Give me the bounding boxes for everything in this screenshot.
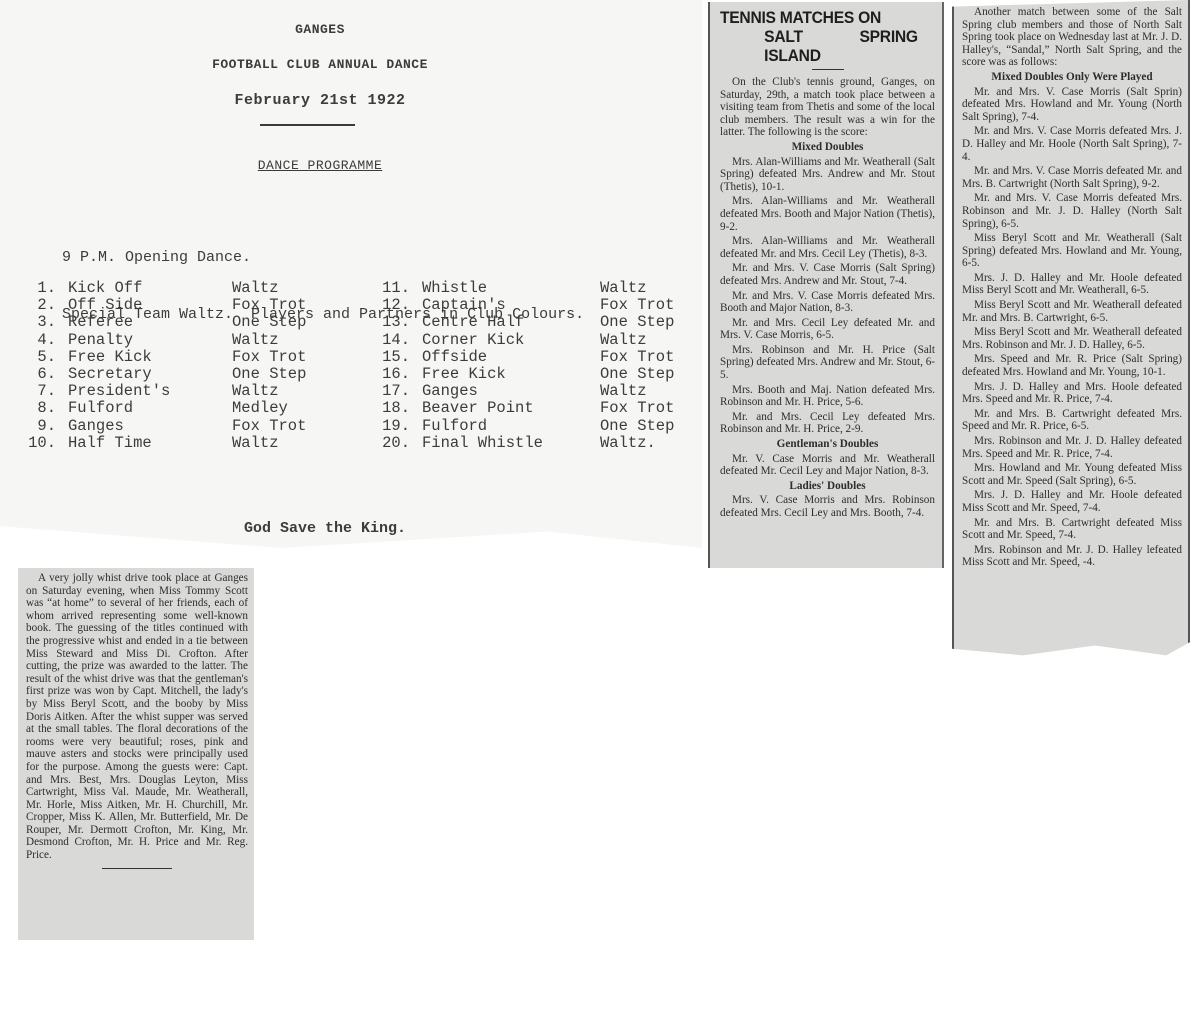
dance-number: 9. [16,418,56,435]
dance-type: One Step [232,314,370,331]
club-name: GANGES [0,22,640,37]
dance-type: Fox Trot [232,349,370,366]
match-result: Mrs. Alan-Williams and Mr. Weatherall (S… [720,156,935,194]
dance-name: Ganges [56,418,232,435]
closing-line: God Save the King. [0,520,650,537]
dance-type: One Step [600,418,710,435]
dance-name: Off Side [56,297,232,314]
dance-name: Final Whistle [410,435,600,452]
dance-row: 1.Kick OffWaltz11.WhistleWaltz [16,280,710,297]
dance-name: Penalty [56,332,232,349]
dance-programme-sheet: GANGES FOOTBALL CLUB ANNUAL DANCE Februa… [0,0,702,548]
section-heading: Gentleman's Doubles [720,438,935,451]
match-result: Mr. and Mrs. Cecil Ley defeated Mrs. Rob… [720,411,935,436]
match-result: Mr. and Mrs. V. Case Morris defeated Mrs… [962,192,1182,230]
divider [102,868,172,869]
dance-list: 1.Kick OffWaltz11.WhistleWaltz2.Off Side… [16,280,710,452]
divider [260,124,355,126]
article-intro: On the Club's tennis ground, Ganges, on … [720,76,935,139]
dance-row: 9.GangesFox Trot19.FulfordOne Step [16,418,710,435]
dance-row: 5.Free KickFox Trot15.OffsideFox Trot [16,349,710,366]
dance-number: 13. [370,314,410,331]
dance-name: Centre Half [410,314,600,331]
dance-type: Fox Trot [600,349,710,366]
dance-number: 19. [370,418,410,435]
match-result: Mrs. Howland and Mr. Young defeated Miss… [962,462,1182,487]
tennis-clipping: TENNIS MATCHES ON SALT SPRING ISLAND On … [708,2,944,568]
north-salt-spring-clipping: Another match between some of the Salt S… [952,0,1190,662]
dance-name: Kick Off [56,280,232,297]
match-result: Mrs. Booth and Maj. Nation defeated Mrs.… [720,384,935,409]
dance-row: 2.Off SideFox Trot12.Captain'sFox Trot [16,297,710,314]
dance-number: 11. [370,280,410,297]
match-result: Mrs. Robinson and Mr. J. D. Halley lefea… [962,544,1182,569]
dance-number: 7. [16,383,56,400]
match-result: Mr. and Mrs. B. Cartwright defeated Miss… [962,517,1182,542]
article-body: A very jolly whist drive took place at G… [26,572,248,862]
dance-number: 12. [370,297,410,314]
dance-number: 5. [16,349,56,366]
dance-type: Fox Trot [600,297,710,314]
section-title: DANCE PROGRAMME [0,158,640,173]
dance-name: Offside [410,349,600,366]
dance-type: Fox Trot [600,400,710,417]
dance-name: Referee [56,314,232,331]
dance-type: Waltz [600,280,710,297]
dance-number: 8. [16,400,56,417]
section-heading: Ladies' Doubles [720,480,935,493]
dance-row: 10.Half TimeWaltz20.Final WhistleWaltz. [16,435,710,452]
match-result: Mr. and Mrs. V. Case Morris defeated Mrs… [962,125,1182,163]
dance-name: Captain's [410,297,600,314]
dance-number: 10. [16,435,56,452]
dance-name: Secretary [56,366,232,383]
match-result: Mrs. Speed and Mr. R. Price (Salt Spring… [962,353,1182,378]
dance-name: Free Kick [410,366,600,383]
match-result: Mrs. J. D. Halley and Mr. Hoole defeated… [962,272,1182,297]
match-result: Mrs. J. D. Halley and Mrs. Hoole defeate… [962,381,1182,406]
dance-name: Whistle [410,280,600,297]
dance-type: Waltz. [600,435,710,452]
match-result: Mrs. Alan-Williams and Mr. Weatherall de… [720,235,935,260]
dance-type: One Step [232,366,370,383]
dance-number: 17. [370,383,410,400]
dance-row: 8.FulfordMedley18.Beaver PointFox Trot [16,400,710,417]
dance-number: 20. [370,435,410,452]
match-result: Mrs. Robinson and Mr. H. Price (Salt Spr… [720,344,935,382]
results-list: Mr. and Mrs. V. Case Morris (Salt Sprin)… [962,86,1182,569]
dance-type: Fox Trot [232,297,370,314]
dance-number: 3. [16,314,56,331]
dance-name: Half Time [56,435,232,452]
article-intro: Another match between some of the Salt S… [962,6,1182,69]
dance-type: One Step [600,314,710,331]
section-heading: Mixed Doubles [720,141,935,154]
dance-name: Beaver Point [410,400,600,417]
match-result: Mrs. J. D. Halley and Mr. Hoole defeated… [962,489,1182,514]
dance-row: 3.RefereeOne Step13.Centre HalfOne Step [16,314,710,331]
match-result: Mr. and Mrs. V. Case Morris (Salt Spring… [720,262,935,287]
dance-name: Corner Kick [410,332,600,349]
divider [812,69,844,70]
match-result: Miss Beryl Scott and Mr. Weatherall (Sal… [962,232,1182,270]
match-result: Mr. and Mrs. V. Case Morris defeated Mr.… [962,165,1182,190]
dance-number: 18. [370,400,410,417]
dance-row: 4.PenaltyWaltz14.Corner KickWaltz [16,332,710,349]
dance-number: 14. [370,332,410,349]
dance-number: 2. [16,297,56,314]
match-result: Mr. and Mrs. V. Case Morris (Salt Sprin)… [962,86,1182,124]
dance-number: 15. [370,349,410,366]
whist-drive-clipping: A very jolly whist drive took place at G… [18,568,254,940]
event-date: February 21st 1922 [0,92,640,109]
dance-type: Waltz [232,383,370,400]
match-result: Mr. and Mrs. Cecil Ley defeated Mr. and … [720,317,935,342]
dance-row: 6.SecretaryOne Step16.Free KickOne Step [16,366,710,383]
dance-row: 7.President'sWaltz17.GangesWaltz [16,383,710,400]
opening-line: 9 P.M. Opening Dance. [62,248,584,267]
event-title: FOOTBALL CLUB ANNUAL DANCE [0,57,640,72]
divider [258,553,362,555]
dance-number: 6. [16,366,56,383]
match-result: Mrs. Alan-Williams and Mr. Weatherall de… [720,195,935,233]
dance-type: Waltz [232,280,370,297]
match-result: Mrs. V. Case Morris and Mrs. Robinson de… [720,494,935,519]
dance-type: Waltz [232,332,370,349]
results-sections: Mixed DoublesMrs. Alan-Williams and Mr. … [720,141,935,520]
dance-name: Free Kick [56,349,232,366]
match-result: Miss Beryl Scott and Mr. Weatherall defe… [962,326,1182,351]
dance-name: Fulford [56,400,232,417]
dance-type: Waltz [600,332,710,349]
dance-name: Ganges [410,383,600,400]
section-heading: Mixed Doubles Only Were Played [962,71,1182,84]
dance-number: 4. [16,332,56,349]
dance-type: Waltz [232,435,370,452]
match-result: Mr. and Mrs. V. Case Morris defeated Mrs… [720,290,935,315]
match-result: Mrs. Robinson and Mr. J. D. Halley defea… [962,435,1182,460]
dance-number: 1. [16,280,56,297]
dance-name: President's [56,383,232,400]
dance-number: 16. [370,366,410,383]
dance-type: Fox Trot [232,418,370,435]
match-result: Mr. V. Case Morris and Mr. Weatherall de… [720,453,935,478]
match-result: Miss Beryl Scott and Mr. Weatherall defe… [962,299,1182,324]
dance-name: Fulford [410,418,600,435]
dance-type: Medley [232,400,370,417]
match-result: Mr. and Mrs. B. Cartwright defeated Mrs.… [962,408,1182,433]
dance-type: Waltz [600,383,710,400]
headline: TENNIS MATCHES ON SALT SPRING ISLAND [720,8,918,65]
dance-type: One Step [600,366,710,383]
